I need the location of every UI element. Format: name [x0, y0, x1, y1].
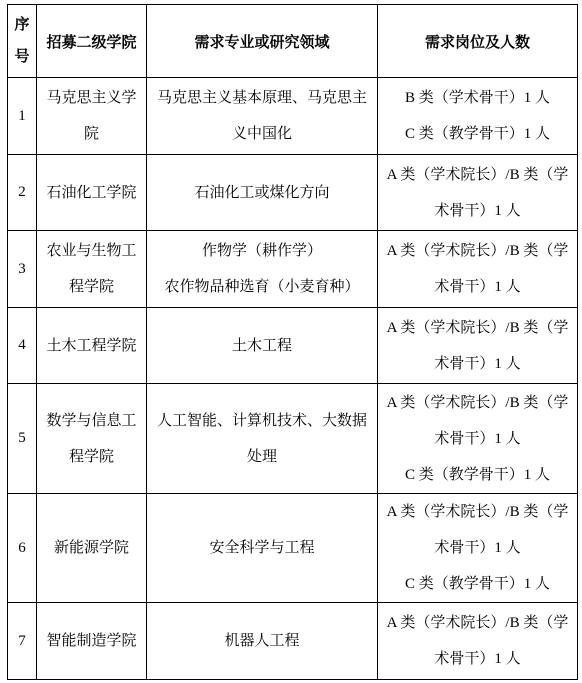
text-line: 机器人工程: [149, 623, 375, 659]
text-line: 程学院: [39, 439, 144, 475]
text-line: 术骨干）1 人: [380, 346, 575, 382]
cell-college: 马克思主义学 院: [37, 78, 147, 155]
cell-college: 数学与信息工 程学院: [37, 384, 147, 494]
text-line: 新能源学院: [39, 530, 144, 566]
text-line: 数学与信息工: [39, 403, 144, 439]
cell-major: 作物学（耕作学） 农作物品种选育（小麦育种）: [147, 231, 378, 308]
text-line: 土木工程学院: [39, 328, 144, 364]
text-line: 号: [10, 41, 34, 73]
recruitment-table: 序 号 招募二级学院 需求专业或研究领域 需求岗位及人数 1 马克思主义学 院 …: [7, 4, 578, 680]
cell-major: 人工智能、计算机技术、大数据 处理: [147, 384, 378, 494]
text-line: 程学院: [39, 269, 144, 305]
text-line: 院: [39, 116, 144, 152]
cell-serial: 6: [8, 494, 37, 603]
cell-serial: 7: [8, 603, 37, 680]
cell-college: 新能源学院: [37, 494, 147, 603]
text-line: 处理: [149, 439, 375, 475]
text-line: C 类（教学骨干）1 人: [380, 116, 575, 152]
text-line: 术骨干）1 人: [380, 193, 575, 229]
text-line: 术骨干）1 人: [380, 269, 575, 305]
cell-college: 农业与生物工 程学院: [37, 231, 147, 308]
cell-positions: A 类（学术院长）/B 类（学 术骨干）1 人: [378, 603, 578, 680]
cell-positions: A 类（学术院长）/B 类（学 术骨干）1 人: [378, 155, 578, 231]
cell-serial: 3: [8, 231, 37, 308]
text-line: 智能制造学院: [39, 623, 144, 659]
header-serial-number: 序 号: [8, 5, 37, 78]
text-line: 马克思主义学: [39, 80, 144, 116]
cell-college: 土木工程学院: [37, 308, 147, 384]
table-row: 5 数学与信息工 程学院 人工智能、计算机技术、大数据 处理 A 类（学术院长）…: [8, 384, 578, 494]
cell-positions: A 类（学术院长）/B 类（学 术骨干）1 人: [378, 231, 578, 308]
text-line: 术骨干）1 人: [380, 530, 575, 566]
text-line: A 类（学术院长）/B 类（学: [380, 385, 575, 421]
text-line: C 类（教学骨干）1 人: [380, 457, 575, 493]
cell-serial: 5: [8, 384, 37, 494]
cell-positions: B 类（学术骨干）1 人 C 类（教学骨干）1 人: [378, 78, 578, 155]
header-positions: 需求岗位及人数: [378, 5, 578, 78]
cell-positions: A 类（学术院长）/B 类（学 术骨干）1 人: [378, 308, 578, 384]
cell-serial: 2: [8, 155, 37, 231]
table-header-row: 序 号 招募二级学院 需求专业或研究领域 需求岗位及人数: [8, 5, 578, 78]
cell-college: 石油化工学院: [37, 155, 147, 231]
cell-major: 机器人工程: [147, 603, 378, 680]
text-line: 石油化工学院: [39, 175, 144, 211]
text-line: 作物学（耕作学）: [149, 233, 375, 269]
table-row: 3 农业与生物工 程学院 作物学（耕作学） 农作物品种选育（小麦育种） A 类（…: [8, 231, 578, 308]
cell-positions: A 类（学术院长）/B 类（学 术骨干）1 人 C 类（教学骨干）1 人: [378, 494, 578, 603]
text-line: 石油化工或煤化方向: [149, 175, 375, 211]
cell-serial: 1: [8, 78, 37, 155]
header-major-field: 需求专业或研究领域: [147, 5, 378, 78]
text-line: 术骨干）1 人: [380, 641, 575, 677]
cell-major: 安全科学与工程: [147, 494, 378, 603]
text-line: 农业与生物工: [39, 233, 144, 269]
text-line: 土木工程: [149, 328, 375, 364]
cell-serial: 4: [8, 308, 37, 384]
text-line: A 类（学术院长）/B 类（学: [380, 494, 575, 530]
text-line: B 类（学术骨干）1 人: [380, 80, 575, 116]
cell-major: 土木工程: [147, 308, 378, 384]
text-line: A 类（学术院长）/B 类（学: [380, 310, 575, 346]
table-row: 1 马克思主义学 院 马克思主义基本原理、马克思主 义中国化 B 类（学术骨干）…: [8, 78, 578, 155]
text-line: 术骨干）1 人: [380, 421, 575, 457]
table-row: 6 新能源学院 安全科学与工程 A 类（学术院长）/B 类（学 术骨干）1 人 …: [8, 494, 578, 603]
text-line: 序: [10, 9, 34, 41]
text-line: C 类（教学骨干）1 人: [380, 566, 575, 602]
text-line: A 类（学术院长）/B 类（学: [380, 605, 575, 641]
text-line: 安全科学与工程: [149, 530, 375, 566]
cell-positions: A 类（学术院长）/B 类（学 术骨干）1 人 C 类（教学骨干）1 人: [378, 384, 578, 494]
table-row: 7 智能制造学院 机器人工程 A 类（学术院长）/B 类（学 术骨干）1 人: [8, 603, 578, 680]
text-line: 义中国化: [149, 116, 375, 152]
text-line: 人工智能、计算机技术、大数据: [149, 403, 375, 439]
text-line: A 类（学术院长）/B 类（学: [380, 233, 575, 269]
text-line: A 类（学术院长）/B 类（学: [380, 157, 575, 193]
cell-college: 智能制造学院: [37, 603, 147, 680]
cell-major: 马克思主义基本原理、马克思主 义中国化: [147, 78, 378, 155]
document-page: 序 号 招募二级学院 需求专业或研究领域 需求岗位及人数 1 马克思主义学 院 …: [0, 0, 582, 683]
table-row: 4 土木工程学院 土木工程 A 类（学术院长）/B 类（学 术骨干）1 人: [8, 308, 578, 384]
text-line: 马克思主义基本原理、马克思主: [149, 80, 375, 116]
cell-major: 石油化工或煤化方向: [147, 155, 378, 231]
header-college: 招募二级学院: [37, 5, 147, 78]
text-line: 农作物品种选育（小麦育种）: [149, 269, 375, 305]
table-row: 2 石油化工学院 石油化工或煤化方向 A 类（学术院长）/B 类（学 术骨干）1…: [8, 155, 578, 231]
